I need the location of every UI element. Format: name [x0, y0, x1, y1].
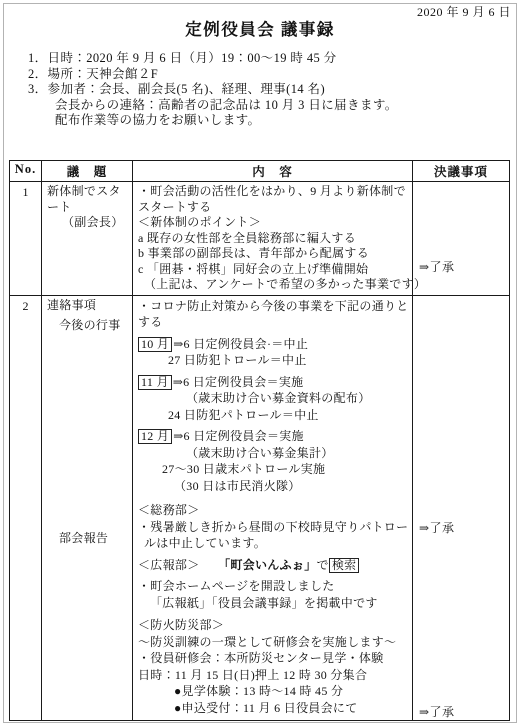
- content-line: 10 月⇒6 日定例役員会·＝中止: [138, 336, 407, 353]
- table-header-row: No.議 題内 容決議事項: [10, 161, 510, 182]
- text-segment: ＜新体制のポイント＞: [138, 215, 261, 229]
- topic-line: 連絡事項: [47, 298, 127, 314]
- boxed-label: 11 月: [138, 375, 172, 390]
- meta-line: 3．参加者：会長、副会長(5 名)、経理、理事(14 名): [28, 82, 398, 98]
- content-line: 24 日防犯パトロール＝中止: [138, 407, 407, 424]
- content-line: ＜広報部＞ 「町会いんふぉ」で検索: [138, 557, 407, 574]
- column-header: 内 容: [133, 161, 413, 182]
- minutes-table: No.議 題内 容決議事項 1新体制でスタート（副会長）・町会活動の活性化をはか…: [9, 160, 510, 721]
- content-group: ＜広報部＞ 「町会いんふぉ」で検索: [138, 557, 407, 574]
- meta-line: 配布作業等の協力をお願いします。: [28, 113, 398, 129]
- content-group: ＜総務部＞・残暑厳しき折から昼間の下校時見守りパトロールは中止しています。: [138, 502, 407, 552]
- table-row: 2連絡事項今後の行事部会報告・コロナ防止対策から今後の事業を下記の通りとする10…: [10, 295, 510, 720]
- content-line: ・町会活動の活性化をはかり、9 月より新体制で: [138, 184, 407, 200]
- topic-line: （副会長）: [47, 215, 127, 231]
- row-number: 1: [10, 182, 42, 296]
- meeting-meta: 1．日時：2020 年 9 月 6 日（月）19：00～19 時 45 分2．場…: [28, 51, 398, 129]
- text-segment: 1．日時：2020 年 9 月 6 日（月）19：00～19 時 45 分: [28, 51, 337, 65]
- content-group: 12 月⇒6 日定例役員会＝実施（歳末助け合い募金集計）27～30 日歳末パトロ…: [138, 428, 407, 494]
- text-segment: ●申込受付：11 月 6 日役員会にて: [174, 701, 358, 715]
- meta-line: 会長からの連絡：高齢者の記念品は 10 月 3 日に届きます。: [28, 98, 398, 114]
- boxed-label: 12 月: [138, 429, 172, 444]
- topic-cell: 新体制でスタート（副会長）: [42, 182, 133, 296]
- text-segment: ⇒6 日定例役員会＝実施: [173, 429, 304, 443]
- text-segment: 24 日防犯パトロール＝中止: [168, 408, 319, 422]
- meta-line: 2．場所：天神会館２F: [28, 67, 398, 83]
- content-group: 11 月⇒6 日定例役員会＝実施（歳末助け合い募金資料の配布）24 日防犯パトロ…: [138, 374, 407, 424]
- text-segment: （歳末助け合い募金資料の配布）: [186, 391, 371, 405]
- text-segment: （上記は、アンケートで希望の多かった事業です）: [144, 277, 426, 291]
- text-segment: ート: [47, 200, 72, 214]
- content-line: 「広報紙」「役員会議事録」を掲載中です: [138, 595, 407, 612]
- meta-line: 1．日時：2020 年 9 月 6 日（月）19：00～19 時 45 分: [28, 51, 398, 67]
- content-line: a 既存の女性部を全員総務部に編入する: [138, 231, 407, 247]
- column-header: No.: [10, 161, 42, 182]
- decision-label: ⇒了承: [419, 705, 455, 720]
- decision-label: ⇒了承: [419, 260, 455, 275]
- content-line: ・町会ホームページを開設しました: [138, 578, 407, 595]
- column-header: 決議事項: [413, 161, 510, 182]
- text-segment: 部会報告: [59, 531, 108, 545]
- content-line: ・残暑厳しき折から昼間の下校時見守りパトロー: [138, 519, 407, 536]
- content-line: ＜総務部＞: [138, 502, 407, 519]
- content-line: （30 日は市民消火隊）: [138, 478, 407, 495]
- text-segment: 今後の行事: [59, 318, 121, 332]
- content-line: ・役員研修会：本所防災センター見学・体験: [138, 650, 407, 667]
- content-line: ●申込受付：11 月 6 日役員会にて: [138, 700, 407, 717]
- content-line: スタートする: [138, 200, 407, 216]
- content-line: b 事業部の副部長は、青年部から配属する: [138, 246, 407, 262]
- content-line: ルは中止しています。: [138, 535, 407, 552]
- text-segment: 27～30 日歳末パトロール実施: [162, 462, 325, 476]
- content-line: ・コロナ防止対策から今後の事業を下記の通りと: [138, 298, 407, 315]
- text-segment: （歳末助け合い募金集計）: [186, 446, 334, 460]
- content-cell: ・コロナ防止対策から今後の事業を下記の通りとする10 月⇒6 日定例役員会·＝中…: [133, 295, 413, 720]
- boxed-label: 検索: [329, 558, 360, 573]
- text-segment: ・残暑厳しき折から昼間の下校時見守りパトロー: [138, 520, 408, 534]
- text-segment: ルは中止しています。: [144, 536, 266, 550]
- table-row: 1新体制でスタート（副会長）・町会活動の活性化をはかり、9 月より新体制でスター…: [10, 182, 510, 296]
- content-group: ・町会ホームページを開設しました「広報紙」「役員会議事録」を掲載中です: [138, 578, 407, 611]
- text-segment: ＜総務部＞: [138, 503, 200, 517]
- text-segment: ＜防火防災部＞: [138, 618, 224, 632]
- text-segment: 「広報紙」「役員会議事録」を掲載中です: [150, 596, 378, 610]
- text-segment: （副会長）: [62, 215, 124, 229]
- text-segment: 27 日防犯トロール＝中止: [168, 353, 307, 367]
- column-header: 議 題: [42, 161, 133, 182]
- content-line: ●見学体験：13 時～14 時 45 分: [138, 683, 407, 700]
- topic-line: ート: [47, 200, 127, 216]
- emphasis-text: 「町会いんふぉ」: [224, 558, 316, 572]
- topic-line: 新体制でスタ: [47, 184, 127, 200]
- document-title: 定例役員会 議事録: [0, 16, 520, 40]
- text-segment: （30 日は市民消火隊）: [174, 479, 301, 493]
- text-segment: 2．場所：天神会館２F: [28, 67, 158, 81]
- text-segment: 配布作業等の協力をお願いします。: [55, 113, 260, 127]
- text-segment: ・コロナ防止対策から今後の事業を下記の通りと: [138, 299, 409, 313]
- row-number: 2: [10, 295, 42, 720]
- content-line: （上記は、アンケートで希望の多かった事業です）: [138, 277, 407, 293]
- topic-line: 今後の行事: [47, 318, 127, 334]
- content-line: ＜防火防災部＞: [138, 617, 407, 634]
- text-segment: c 「囲碁・将棋」同好会の立上げ準備開始: [138, 262, 368, 276]
- text-segment: 3．参加者：会長、副会長(5 名)、経理、理事(14 名): [28, 82, 325, 96]
- text-segment: する: [138, 315, 163, 329]
- text-segment: ～防災訓練の一環として研修会を実施します～: [138, 635, 396, 649]
- text-segment: ＜広報部＞: [138, 558, 224, 572]
- topic-cell: 連絡事項今後の行事部会報告: [42, 295, 133, 720]
- content-line: 27 日防犯トロール＝中止: [138, 352, 407, 369]
- boxed-label: 10 月: [138, 337, 172, 352]
- text-segment: 会長からの連絡：高齢者の記念品は 10 月 3 日に届きます。: [55, 98, 398, 112]
- text-segment: ・町会ホームページを開設しました: [138, 579, 335, 593]
- content-group: ＜防火防災部＞～防災訓練の一環として研修会を実施します～・役員研修会：本所防災セ…: [138, 617, 407, 716]
- content-line: （歳末助け合い募金資料の配布）: [138, 390, 407, 407]
- decision-cell: ⇒了承⇒了承: [413, 295, 510, 720]
- text-segment: ⇒6 日定例役員会·＝中止: [173, 337, 308, 351]
- content-line: 12 月⇒6 日定例役員会＝実施: [138, 428, 407, 445]
- content-line: 日時：11 月 15 日(日)押上 12 時 30 分集合: [138, 667, 407, 684]
- topic-line: 部会報告: [47, 531, 127, 547]
- text-segment: ●見学体験：13 時～14 時 45 分: [174, 684, 343, 698]
- content-line: 27～30 日歳末パトロール実施: [138, 461, 407, 478]
- text-segment: 連絡事項: [47, 298, 96, 312]
- content-group: 10 月⇒6 日定例役員会·＝中止27 日防犯トロール＝中止: [138, 336, 407, 369]
- content-cell: ・町会活動の活性化をはかり、9 月より新体制でスタートする＜新体制のポイント＞a…: [133, 182, 413, 296]
- text-segment: 日時：11 月 15 日(日)押上 12 時 30 分集合: [138, 668, 367, 682]
- content-group: ・町会活動の活性化をはかり、9 月より新体制でスタートする＜新体制のポイント＞a…: [138, 184, 407, 293]
- text-segment: スタートする: [138, 200, 211, 214]
- content-line: c 「囲碁・将棋」同好会の立上げ準備開始: [138, 262, 407, 278]
- content-line: する: [138, 314, 407, 331]
- decision-cell: ⇒了承: [413, 182, 510, 296]
- content-group: ・コロナ防止対策から今後の事業を下記の通りとする: [138, 298, 407, 331]
- text-segment: a 既存の女性部を全員総務部に編入する: [138, 231, 356, 245]
- content-line: （歳末助け合い募金集計）: [138, 445, 407, 462]
- text-segment: ・町会活動の活性化をはかり、9 月より新体制で: [138, 184, 406, 198]
- text-segment: で: [317, 558, 329, 572]
- content-line: ～防災訓練の一環として研修会を実施します～: [138, 634, 407, 651]
- text-segment: 新体制でスタ: [47, 184, 121, 198]
- text-segment: ⇒6 日定例役員会＝実施: [173, 375, 304, 389]
- content-line: ＜新体制のポイント＞: [138, 215, 407, 231]
- text-segment: b 事業部の副部長は、青年部から配属する: [138, 246, 369, 260]
- decision-label: ⇒了承: [419, 521, 455, 536]
- content-line: 11 月⇒6 日定例役員会＝実施: [138, 374, 407, 391]
- text-segment: ・役員研修会：本所防災センター見学・体験: [138, 651, 384, 665]
